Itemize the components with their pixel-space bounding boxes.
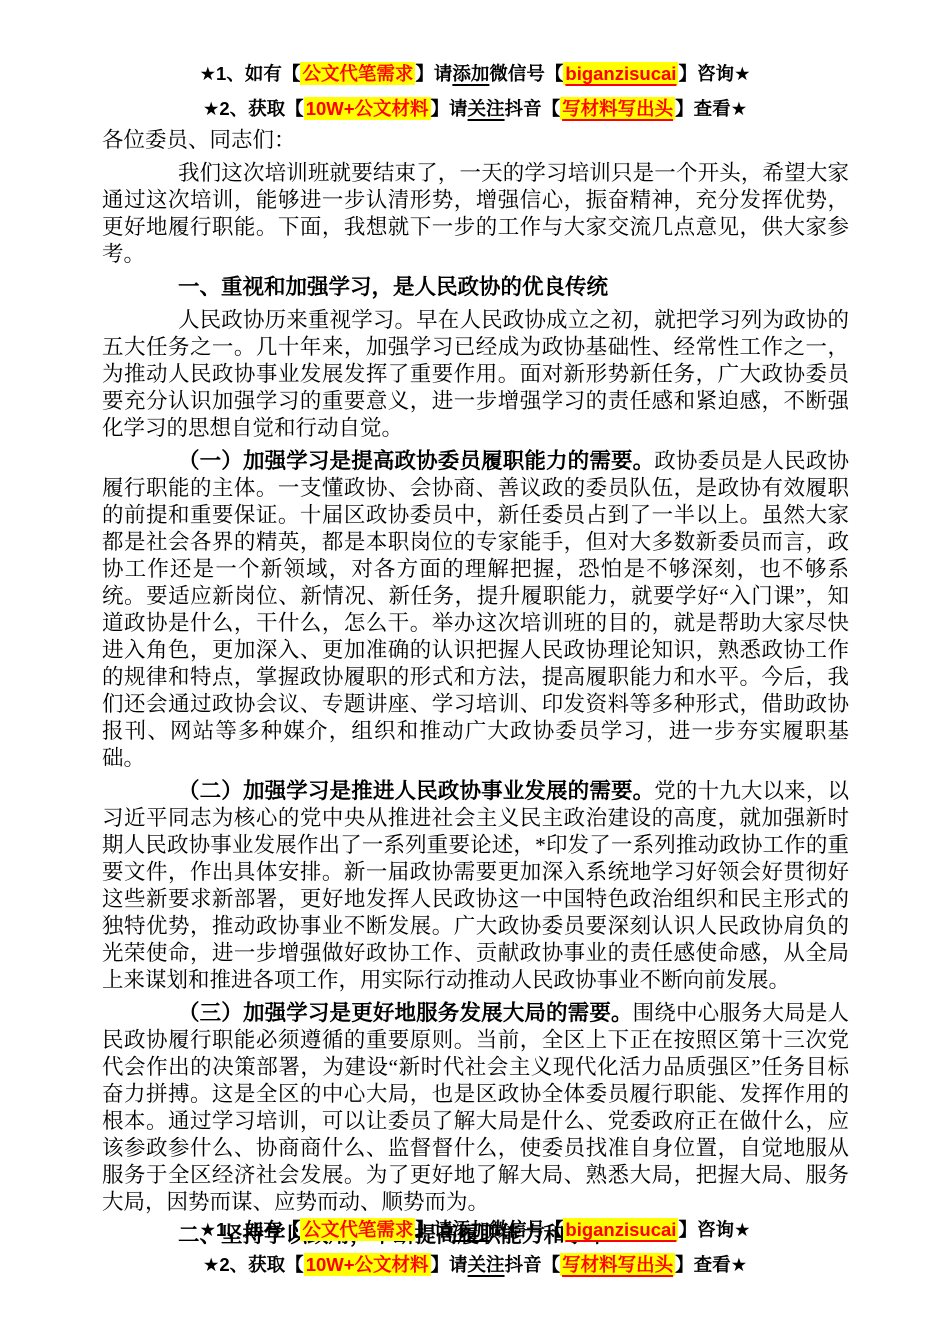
promo2-suffix: 】查看★: [675, 1254, 747, 1275]
section-1-heading: 一、重视和加强学习，是人民政协的优良传统: [102, 274, 849, 301]
promo1-mid1: 】请: [415, 63, 452, 84]
subsection-1-paragraph: （一）加强学习是提高政协委员履职能力的需要。政协委员是人民政协履行职能的主体。一…: [102, 448, 849, 772]
promo2-highlight-account: 写材料写出头: [560, 97, 675, 120]
paragraph-intro: 我们这次培训班就要结束了，一天的学习培训只是一个开头，希望大家通过这次培训，能够…: [102, 160, 849, 268]
section-1-opening-paragraph: 人民政协历来重视学习。早在人民政协成立之初，就把学习列为政协的五大任务之一。几十…: [102, 307, 849, 442]
promo-footer: ★1、如有【公文代笔需求】请添加微信号【biganzisucai】咨询★ ★2、…: [0, 1212, 950, 1282]
promo2-suffix: 】查看★: [675, 98, 747, 119]
subsection-1-lead: （一）加强学习是提高政协委员履职能力的需要。: [178, 449, 654, 473]
promo1-highlight-account: biganzisucai: [563, 1218, 678, 1241]
promo2-underlined-action: 关注: [468, 1254, 505, 1275]
subsection-2-lead: （二）加强学习是推进人民政协事业发展的需要。: [178, 779, 654, 803]
promo1-underlined-action: 添加: [452, 63, 489, 84]
promo1-mid2: 微信号【: [489, 1219, 563, 1240]
promo1-highlight-account: biganzisucai: [563, 62, 678, 85]
promo2-underlined-action: 关注: [468, 98, 505, 119]
promo1-prefix: ★1、如有【: [199, 63, 300, 84]
promo-footer-line-1: ★1、如有【公文代笔需求】请添加微信号【biganzisucai】咨询★: [0, 1212, 950, 1247]
promo-footer-line-2: ★2、获取【10W+公文材料】请关注抖音【写材料写出头】查看★: [0, 1247, 950, 1282]
promo2-prefix: ★2、获取【: [203, 98, 304, 119]
subsection-3-lead: （三）加强学习是更好地服务发展大局的需要。: [178, 1001, 633, 1025]
promo1-highlight-service: 公文代笔需求: [300, 1218, 415, 1241]
subsection-1-text: 政协委员是人民政协履行职能的主体。一支懂政协、会协商、善议政的委员队伍，是政协有…: [102, 449, 849, 770]
subsection-3-paragraph: （三）加强学习是更好地服务发展大局的需要。围绕中心服务大局是人民政协履行职能必须…: [102, 1000, 849, 1216]
promo2-prefix: ★2、获取【: [203, 1254, 304, 1275]
promo2-mid2: 抖音【: [505, 98, 561, 119]
promo2-mid1: 】请: [431, 1254, 468, 1275]
subsection-2-text: 党的十九大以来，以习近平同志为核心的党中央从推进社会主义民主政治建设的高度，就加…: [102, 779, 849, 992]
promo1-suffix: 】咨询★: [678, 63, 750, 84]
document-body: 各位委员、同志们： 我们这次培训班就要结束了，一天的学习培训只是一个开头，希望大…: [102, 127, 849, 1249]
subsection-2-paragraph: （二）加强学习是推进人民政协事业发展的需要。党的十九大以来，以习近平同志为核心的…: [102, 778, 849, 994]
promo1-highlight-service: 公文代笔需求: [300, 62, 415, 85]
subsection-3-text: 围绕中心服务大局是人民政协履行职能必须遵循的重要原则。当前，全区上下正在按照区第…: [102, 1001, 849, 1214]
promo1-mid2: 微信号【: [489, 63, 563, 84]
promo1-underlined-action: 添加: [452, 1219, 489, 1240]
promo2-highlight-material: 10W+公文材料: [304, 97, 431, 120]
document-page: ★1、如有【公文代笔需求】请添加微信号【biganzisucai】咨询★ ★2、…: [0, 0, 950, 1344]
promo-header: ★1、如有【公文代笔需求】请添加微信号【biganzisucai】咨询★ ★2、…: [0, 56, 950, 126]
promo2-mid2: 抖音【: [505, 1254, 561, 1275]
promo2-mid1: 】请: [431, 98, 468, 119]
promo2-highlight-account: 写材料写出头: [560, 1253, 675, 1276]
promo-line-2: ★2、获取【10W+公文材料】请关注抖音【写材料写出头】查看★: [0, 91, 950, 126]
promo2-highlight-material: 10W+公文材料: [304, 1253, 431, 1276]
promo1-suffix: 】咨询★: [678, 1219, 750, 1240]
promo1-prefix: ★1、如有【: [199, 1219, 300, 1240]
salutation: 各位委员、同志们：: [102, 127, 849, 154]
promo1-mid1: 】请: [415, 1219, 452, 1240]
promo-line-1: ★1、如有【公文代笔需求】请添加微信号【biganzisucai】咨询★: [0, 56, 950, 91]
